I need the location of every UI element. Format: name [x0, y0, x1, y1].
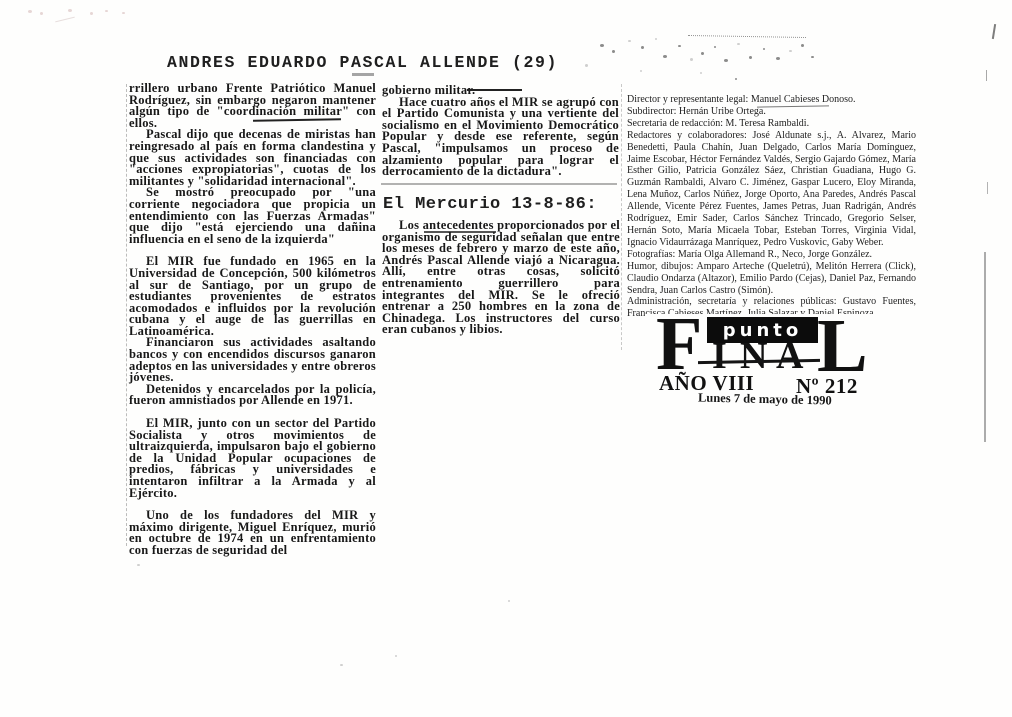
- credits-line: Subdirector: Hernán Uribe Ortega.: [627, 106, 916, 118]
- page-title: ANDRES EDUARDO PASCAL ALLENDE (29): [167, 53, 558, 72]
- clipping-edge: [126, 84, 127, 546]
- masthead-logo-a: A: [776, 342, 803, 370]
- news-paragraph: rrillero urbano Frente Patriótico Manuel…: [129, 83, 376, 129]
- masthead-logo-n: N: [740, 342, 767, 370]
- credits-line: Redactores y colaboradores: José Aldunat…: [627, 130, 916, 249]
- masthead-logo-l: L: [817, 318, 868, 374]
- news-column-2-bottom: Los antecedentes proporcionados por el o…: [382, 220, 620, 336]
- underline-mark: [424, 231, 496, 233]
- news-paragraph: Hace cuatro años el MIR se agrupó con el…: [382, 97, 619, 178]
- clipping-edge: [621, 84, 622, 350]
- news-column-1: rrillero urbano Frente Patriótico Manuel…: [129, 83, 376, 557]
- news-column-2-top: gobierno militar. Hace cuatro años el MI…: [382, 85, 619, 178]
- news-paragraph: Detenidos y encarcelados por la policía,…: [129, 384, 376, 407]
- masthead-logo-f: F: [656, 316, 702, 372]
- scanned-newspaper-page: { "page_title": "ANDRES EDUARDO PASCAL A…: [0, 0, 1012, 717]
- clipping-edge: [381, 183, 617, 185]
- credits-line: Fotografías: María Olga Allemand R., Nec…: [627, 249, 916, 261]
- scan-noise: [987, 182, 988, 194]
- scan-smudge: [352, 73, 374, 76]
- news-paragraph: Financiaron sus actividades asaltando ba…: [129, 337, 376, 383]
- news-paragraph: El MIR, junto con un sector del Partido …: [129, 418, 376, 499]
- scan-noise: [984, 252, 986, 442]
- news-paragraph: Uno de los fundadores del MIR y máximo d…: [129, 510, 376, 556]
- scan-noise: [986, 70, 987, 81]
- news-paragraph: Se mostró preocupado por "una corriente …: [129, 187, 376, 245]
- mercurio-headline: El Mercurio 13-8-86:: [383, 195, 597, 214]
- masthead-logo-i: I: [712, 342, 727, 370]
- credits-block: Director y representante legal: Manuel C…: [627, 94, 916, 320]
- news-paragraph: El MIR fue fundado en 1965 en la Univers…: [129, 256, 376, 337]
- news-paragraph: Pascal dijo que decenas de miristas han …: [129, 129, 376, 187]
- scan-noise: [992, 24, 996, 39]
- news-paragraph: Los antecedentes proporcionados por el o…: [382, 220, 620, 336]
- masthead-date: Lunes 7 de mayo de 1990: [698, 390, 832, 408]
- credits-line: Humor, dibujos: Amparo Arteche (Queletrú…: [627, 261, 916, 297]
- masthead: F punto L I N A AÑO VIII Nº 212 Lunes 7 …: [645, 314, 907, 414]
- credits-line: Secretaria de redacción: M. Teresa Ramba…: [627, 118, 916, 130]
- handwritten-dash: [467, 89, 522, 91]
- credits-line: Director y representante legal: Manuel C…: [627, 94, 916, 106]
